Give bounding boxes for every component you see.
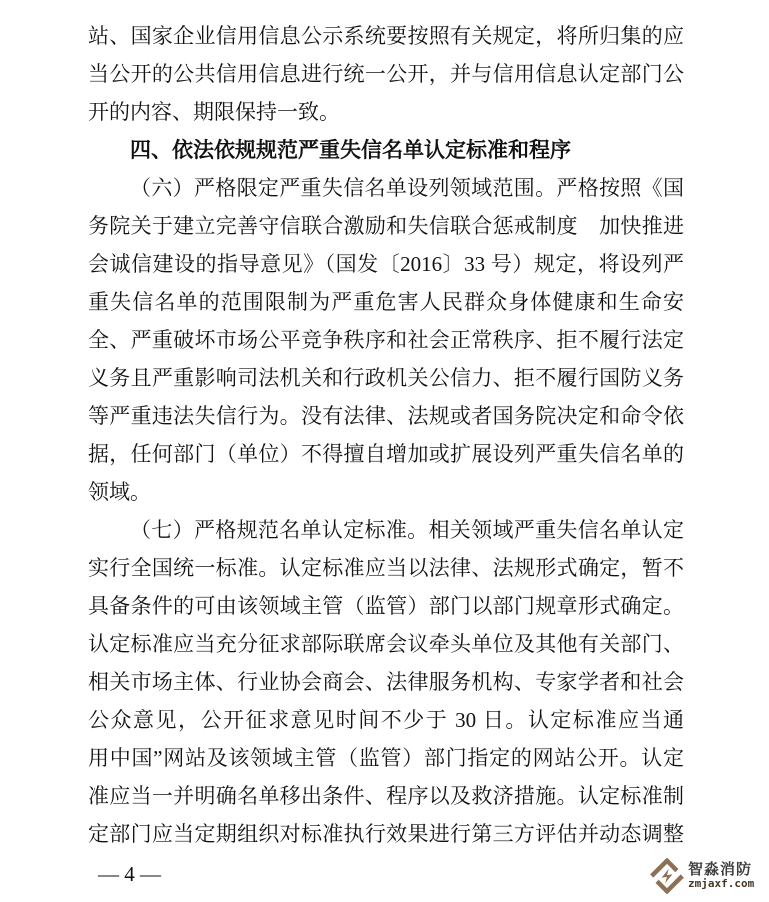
text-line: 实行全国统一标准。认定标准应当以法律、法规形式确定，暂不	[88, 549, 684, 587]
text-line: 全、严重破坏市场公平竞争秩序和社会正常秩序、拒不履行法定	[88, 321, 684, 359]
text-line: 领域。	[88, 473, 684, 511]
text-line: 重失信名单的范围限制为严重危害人民群众身体健康和生命安	[88, 283, 684, 321]
text-line: 准应当一并明确名单移出条件、程序以及救济措施。认定标准制	[88, 777, 684, 815]
text-line: 公众意见，公开征求意见时间不少于 30 日。认定标准应当通过“信	[88, 701, 684, 739]
text-line: 义务且严重影响司法机关和行政机关公信力、拒不履行国防义务	[88, 359, 684, 397]
page-number: — 4 —	[98, 855, 161, 893]
text-line: 务院关于建立完善守信联合激励和失信联合惩戒制度 加快推进社	[88, 207, 684, 245]
watermark-text: 智淼消防 zmjaxf.com	[688, 862, 754, 889]
text-line: （七）严格规范名单认定标准。相关领域严重失信名单认定	[88, 511, 684, 549]
text-line: 用中国”网站及该领域主管（监管）部门指定的网站公开。认定标	[88, 739, 684, 777]
zhimiao-fire-logo-icon	[649, 858, 685, 894]
text-line: 会诚信建设的指导意见》（国发〔2016〕33 号）规定，将设列严	[88, 245, 684, 283]
text-line: 具备条件的可由该领域主管（监管）部门以部门规章形式确定。	[88, 587, 684, 625]
text-line: 等严重违法失信行为。没有法律、法规或者国务院决定和命令依	[88, 397, 684, 435]
section-heading: 四、依法依规规范严重失信名单认定标准和程序	[88, 131, 684, 169]
text-line: 站、国家企业信用信息公示系统要按照有关规定，将所归集的应	[88, 17, 684, 55]
text-line: 定部门应当定期组织对标准执行效果进行第三方评估并动态调整	[88, 815, 684, 853]
document-body: 站、国家企业信用信息公示系统要按照有关规定，将所归集的应当公开的公共信用信息进行…	[88, 17, 684, 853]
document-page: 站、国家企业信用信息公示系统要按照有关规定，将所归集的应当公开的公共信用信息进行…	[0, 0, 769, 902]
text-line: 据，任何部门（单位）不得擅自增加或扩展设列严重失信名单的	[88, 435, 684, 473]
watermark-url: zmjaxf.com	[688, 878, 754, 890]
text-line: 开的内容、期限保持一致。	[88, 93, 684, 131]
text-line: 认定标准应当充分征求部际联席会议牵头单位及其他有关部门、	[88, 625, 684, 663]
text-line: 相关市场主体、行业协会商会、法律服务机构、专家学者和社会	[88, 663, 684, 701]
text-line: （六）严格限定严重失信名单设列领域范围。严格按照《国	[88, 169, 684, 207]
watermark-brand: 智淼消防	[688, 862, 754, 878]
watermark: 智淼消防 zmjaxf.com	[649, 858, 754, 894]
text-line: 当公开的公共信用信息进行统一公开，并与信用信息认定部门公	[88, 55, 684, 93]
